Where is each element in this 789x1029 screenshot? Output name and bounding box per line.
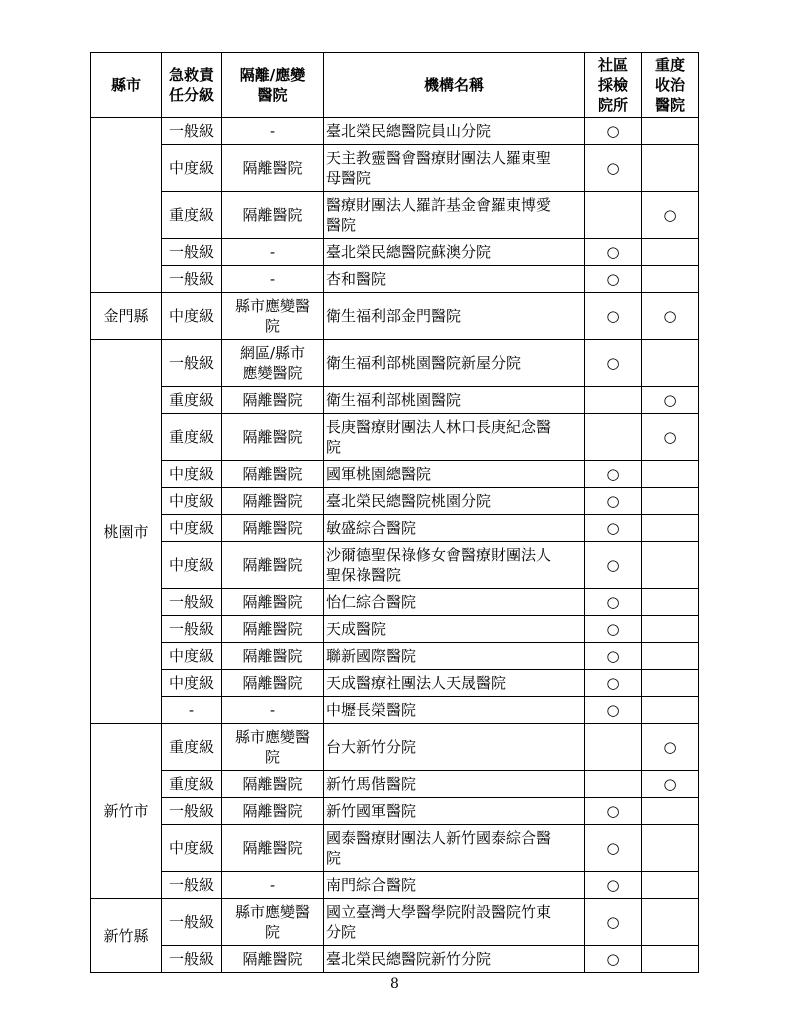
table-row: 金門縣中度級縣市應變醫 院衛生福利部金門醫院○○ — [91, 293, 699, 340]
page-number: 8 — [0, 975, 789, 993]
header-county: 縣市 — [91, 53, 162, 118]
community-testing-mark-cell — [585, 387, 642, 414]
hospital-type-cell: 隔離醫院 — [222, 192, 324, 239]
emergency-level-cell: 重度級 — [162, 771, 222, 798]
table-row: 桃園市一般級網區/縣市 應變醫院衛生福利部桃園醫院新屋分院○ — [91, 340, 699, 387]
emergency-level-cell: 中度級 — [162, 145, 222, 192]
severe-treatment-mark-cell — [642, 899, 699, 946]
table-row: --中壢長榮醫院○ — [91, 697, 699, 724]
emergency-level-cell: 中度級 — [162, 461, 222, 488]
emergency-level-cell: 中度級 — [162, 670, 222, 697]
header-isolation-response-hospital: 隔離/應變 醫院 — [222, 53, 324, 118]
community-testing-mark-cell: ○ — [585, 542, 642, 589]
community-testing-mark-cell: ○ — [585, 825, 642, 872]
severe-treatment-mark-cell — [642, 515, 699, 542]
institution-name-cell: 聯新國際醫院 — [324, 643, 585, 670]
community-testing-mark-cell: ○ — [585, 239, 642, 266]
hospital-type-cell: - — [222, 872, 324, 899]
institution-name-cell: 臺北榮民總醫院蘇澳分院 — [324, 239, 585, 266]
institution-name-cell: 南門綜合醫院 — [324, 872, 585, 899]
hospital-type-cell: 隔離醫院 — [222, 825, 324, 872]
hospital-type-cell: 隔離醫院 — [222, 145, 324, 192]
table-row: 中度級隔離醫院臺北榮民總醫院桃園分院○ — [91, 488, 699, 515]
table-row: 重度級隔離醫院長庚醫療財團法人林口長庚紀念醫 院○ — [91, 414, 699, 461]
table-row: 新竹市重度級縣市應變醫 院台大新竹分院○ — [91, 724, 699, 771]
table-row: 一般級隔離醫院天成醫院○ — [91, 616, 699, 643]
table-row: 一般級隔離醫院臺北榮民總醫院新竹分院○ — [91, 946, 699, 973]
emergency-level-cell: 一般級 — [162, 266, 222, 293]
hospital-type-cell: 隔離醫院 — [222, 589, 324, 616]
community-testing-mark-cell — [585, 414, 642, 461]
emergency-level-cell: 一般級 — [162, 589, 222, 616]
hospital-type-cell: 縣市應變醫 院 — [222, 293, 324, 340]
severe-treatment-mark-cell: ○ — [642, 387, 699, 414]
community-testing-mark-cell: ○ — [585, 461, 642, 488]
county-cell: 金門縣 — [91, 293, 162, 340]
hospital-type-cell: 隔離醫院 — [222, 542, 324, 589]
community-testing-mark-cell: ○ — [585, 616, 642, 643]
severe-treatment-mark-cell — [642, 825, 699, 872]
severe-treatment-mark-cell — [642, 118, 699, 145]
county-cell — [91, 118, 162, 293]
severe-treatment-mark-cell: ○ — [642, 771, 699, 798]
institution-name-cell: 國立臺灣大學醫學院附設醫院竹東 分院 — [324, 899, 585, 946]
hospital-type-cell: - — [222, 239, 324, 266]
hospital-type-cell: 隔離醫院 — [222, 771, 324, 798]
community-testing-mark-cell: ○ — [585, 145, 642, 192]
institution-name-cell: 新竹馬偕醫院 — [324, 771, 585, 798]
table-row: 中度級隔離醫院敏盛綜合醫院○ — [91, 515, 699, 542]
institution-name-cell: 杏和醫院 — [324, 266, 585, 293]
hospital-table-body: 一般級-臺北榮民總醫院員山分院○中度級隔離醫院天主教靈醫會醫療財團法人羅東聖 母… — [91, 118, 699, 973]
severe-treatment-mark-cell — [642, 145, 699, 192]
document-page: 縣市 急救責 任分級 隔離/應變 醫院 機構名稱 社區 採檢 院所 重度 收治 … — [0, 0, 789, 1029]
institution-name-cell: 敏盛綜合醫院 — [324, 515, 585, 542]
table-row: 一般級-臺北榮民總醫院員山分院○ — [91, 118, 699, 145]
severe-treatment-mark-cell — [642, 488, 699, 515]
hospital-type-cell: 隔離醫院 — [222, 387, 324, 414]
community-testing-mark-cell: ○ — [585, 697, 642, 724]
county-cell: 新竹縣 — [91, 899, 162, 973]
table-row: 中度級隔離醫院國軍桃園總醫院○ — [91, 461, 699, 488]
emergency-level-cell: 一般級 — [162, 239, 222, 266]
community-testing-mark-cell — [585, 771, 642, 798]
community-testing-mark-cell: ○ — [585, 266, 642, 293]
emergency-level-cell: 一般級 — [162, 340, 222, 387]
institution-name-cell: 天成醫院 — [324, 616, 585, 643]
hospital-type-cell: - — [222, 697, 324, 724]
severe-treatment-mark-cell — [642, 461, 699, 488]
severe-treatment-mark-cell — [642, 589, 699, 616]
emergency-level-cell: 重度級 — [162, 387, 222, 414]
hospital-type-cell: 隔離醫院 — [222, 670, 324, 697]
severe-treatment-mark-cell: ○ — [642, 293, 699, 340]
hospital-type-cell: 隔離醫院 — [222, 616, 324, 643]
table-row: 中度級隔離醫院天主教靈醫會醫療財團法人羅東聖 母醫院○ — [91, 145, 699, 192]
community-testing-mark-cell: ○ — [585, 798, 642, 825]
community-testing-mark-cell: ○ — [585, 340, 642, 387]
hospital-type-cell: 隔離醫院 — [222, 946, 324, 973]
table-row: 重度級隔離醫院醫療財團法人羅許基金會羅東博愛 醫院○ — [91, 192, 699, 239]
institution-name-cell: 衛生福利部金門醫院 — [324, 293, 585, 340]
hospital-type-cell: 隔離醫院 — [222, 515, 324, 542]
institution-name-cell: 國軍桃園總醫院 — [324, 461, 585, 488]
hospital-type-cell: 縣市應變醫 院 — [222, 899, 324, 946]
institution-name-cell: 中壢長榮醫院 — [324, 697, 585, 724]
emergency-level-cell: 中度級 — [162, 488, 222, 515]
severe-treatment-mark-cell: ○ — [642, 724, 699, 771]
institution-name-cell: 台大新竹分院 — [324, 724, 585, 771]
hospital-table-header: 縣市 急救責 任分級 隔離/應變 醫院 機構名稱 社區 採檢 院所 重度 收治 … — [91, 53, 699, 118]
community-testing-mark-cell: ○ — [585, 643, 642, 670]
county-cell: 新竹市 — [91, 724, 162, 899]
hospital-type-cell: 隔離醫院 — [222, 488, 324, 515]
severe-treatment-mark-cell — [642, 616, 699, 643]
institution-name-cell: 臺北榮民總醫院員山分院 — [324, 118, 585, 145]
community-testing-mark-cell: ○ — [585, 589, 642, 616]
institution-name-cell: 國泰醫療財團法人新竹國泰綜合醫 院 — [324, 825, 585, 872]
hospital-type-cell: 隔離醫院 — [222, 643, 324, 670]
community-testing-mark-cell: ○ — [585, 293, 642, 340]
emergency-level-cell: 重度級 — [162, 414, 222, 461]
institution-name-cell: 新竹國軍醫院 — [324, 798, 585, 825]
table-row: 一般級-臺北榮民總醫院蘇澳分院○ — [91, 239, 699, 266]
emergency-level-cell: 一般級 — [162, 616, 222, 643]
severe-treatment-mark-cell — [642, 542, 699, 589]
community-testing-mark-cell: ○ — [585, 899, 642, 946]
hospital-type-cell: 隔離醫院 — [222, 461, 324, 488]
institution-name-cell: 長庚醫療財團法人林口長庚紀念醫 院 — [324, 414, 585, 461]
severe-treatment-mark-cell — [642, 872, 699, 899]
header-emergency-level: 急救責 任分級 — [162, 53, 222, 118]
emergency-level-cell: 中度級 — [162, 293, 222, 340]
hospital-type-cell: 網區/縣市 應變醫院 — [222, 340, 324, 387]
emergency-level-cell: - — [162, 697, 222, 724]
table-row: 一般級隔離醫院新竹國軍醫院○ — [91, 798, 699, 825]
institution-name-cell: 怡仁綜合醫院 — [324, 589, 585, 616]
table-row: 中度級隔離醫院沙爾德聖保祿修女會醫療財團法人 聖保祿醫院○ — [91, 542, 699, 589]
hospital-type-cell: 縣市應變醫 院 — [222, 724, 324, 771]
table-row: 中度級隔離醫院天成醫療社團法人天晟醫院○ — [91, 670, 699, 697]
emergency-level-cell: 一般級 — [162, 872, 222, 899]
table-row: 中度級隔離醫院聯新國際醫院○ — [91, 643, 699, 670]
institution-name-cell: 臺北榮民總醫院新竹分院 — [324, 946, 585, 973]
hospital-table: 縣市 急救責 任分級 隔離/應變 醫院 機構名稱 社區 採檢 院所 重度 收治 … — [90, 52, 699, 973]
hospital-type-cell: 隔離醫院 — [222, 798, 324, 825]
hospital-type-cell: - — [222, 118, 324, 145]
community-testing-mark-cell — [585, 724, 642, 771]
severe-treatment-mark-cell — [642, 697, 699, 724]
table-row: 一般級-南門綜合醫院○ — [91, 872, 699, 899]
institution-name-cell: 天主教靈醫會醫療財團法人羅東聖 母醫院 — [324, 145, 585, 192]
emergency-level-cell: 重度級 — [162, 192, 222, 239]
emergency-level-cell: 一般級 — [162, 899, 222, 946]
county-cell: 桃園市 — [91, 340, 162, 724]
community-testing-mark-cell: ○ — [585, 515, 642, 542]
table-row: 一般級隔離醫院怡仁綜合醫院○ — [91, 589, 699, 616]
community-testing-mark-cell: ○ — [585, 670, 642, 697]
header-institution-name: 機構名稱 — [324, 53, 585, 118]
emergency-level-cell: 中度級 — [162, 825, 222, 872]
community-testing-mark-cell: ○ — [585, 872, 642, 899]
severe-treatment-mark-cell: ○ — [642, 414, 699, 461]
header-community-testing-facility: 社區 採檢 院所 — [585, 53, 642, 118]
emergency-level-cell: 中度級 — [162, 515, 222, 542]
institution-name-cell: 沙爾德聖保祿修女會醫療財團法人 聖保祿醫院 — [324, 542, 585, 589]
institution-name-cell: 天成醫療社團法人天晟醫院 — [324, 670, 585, 697]
severe-treatment-mark-cell — [642, 340, 699, 387]
community-testing-mark-cell: ○ — [585, 946, 642, 973]
header-row: 縣市 急救責 任分級 隔離/應變 醫院 機構名稱 社區 採檢 院所 重度 收治 … — [91, 53, 699, 118]
community-testing-mark-cell: ○ — [585, 118, 642, 145]
emergency-level-cell: 一般級 — [162, 118, 222, 145]
hospital-type-cell: - — [222, 266, 324, 293]
severe-treatment-mark-cell — [642, 798, 699, 825]
emergency-level-cell: 重度級 — [162, 724, 222, 771]
institution-name-cell: 衛生福利部桃園醫院 — [324, 387, 585, 414]
header-severe-treatment-hospital: 重度 收治 醫院 — [642, 53, 699, 118]
severe-treatment-mark-cell — [642, 946, 699, 973]
emergency-level-cell: 一般級 — [162, 798, 222, 825]
severe-treatment-mark-cell — [642, 266, 699, 293]
table-row: 中度級隔離醫院國泰醫療財團法人新竹國泰綜合醫 院○ — [91, 825, 699, 872]
community-testing-mark-cell — [585, 192, 642, 239]
table-row: 重度級隔離醫院衛生福利部桃園醫院○ — [91, 387, 699, 414]
emergency-level-cell: 中度級 — [162, 542, 222, 589]
severe-treatment-mark-cell — [642, 643, 699, 670]
table-row: 新竹縣一般級縣市應變醫 院國立臺灣大學醫學院附設醫院竹東 分院○ — [91, 899, 699, 946]
table-row: 一般級-杏和醫院○ — [91, 266, 699, 293]
hospital-type-cell: 隔離醫院 — [222, 414, 324, 461]
emergency-level-cell: 中度級 — [162, 643, 222, 670]
institution-name-cell: 醫療財團法人羅許基金會羅東博愛 醫院 — [324, 192, 585, 239]
emergency-level-cell: 一般級 — [162, 946, 222, 973]
severe-treatment-mark-cell: ○ — [642, 192, 699, 239]
table-row: 重度級隔離醫院新竹馬偕醫院○ — [91, 771, 699, 798]
community-testing-mark-cell: ○ — [585, 488, 642, 515]
severe-treatment-mark-cell — [642, 239, 699, 266]
institution-name-cell: 臺北榮民總醫院桃園分院 — [324, 488, 585, 515]
institution-name-cell: 衛生福利部桃園醫院新屋分院 — [324, 340, 585, 387]
severe-treatment-mark-cell — [642, 670, 699, 697]
